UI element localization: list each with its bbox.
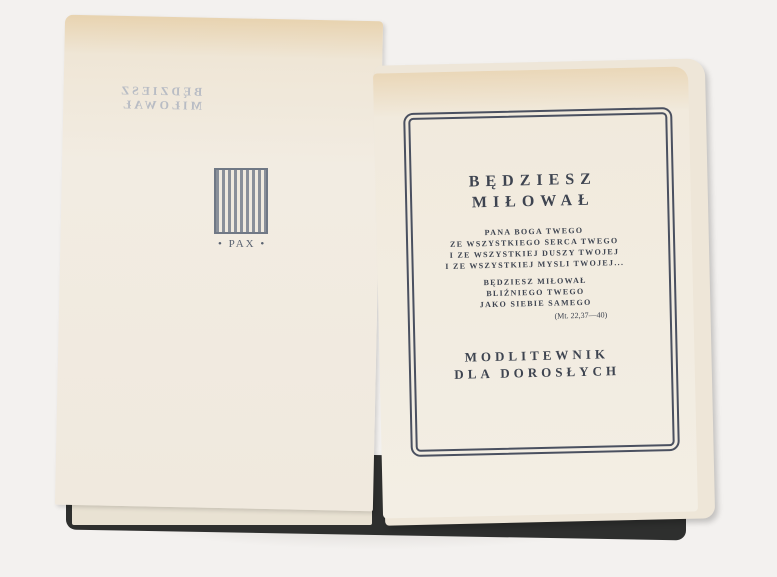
left-page xyxy=(55,15,383,512)
scripture-reference: (Mt. 22,37—40) xyxy=(426,309,646,323)
mirror-line: MIŁOWAŁ xyxy=(118,97,202,112)
publisher-name: PAX xyxy=(229,238,256,250)
publisher-mark: • PAX • xyxy=(218,238,266,250)
subtitle: MODLITEWNIK DLA DOROSŁYCH xyxy=(427,344,648,383)
title-line: MIŁOWAŁ xyxy=(423,189,643,215)
main-title: BĘDZIESZ MIŁOWAŁ xyxy=(423,168,644,215)
mirror-line: BĘDZIESZ xyxy=(118,83,202,98)
pax-logo-icon xyxy=(214,168,268,234)
verse-block: PANA BOGA TWEGO ZE WSZYSTKIEGO SERCA TWE… xyxy=(424,224,645,273)
verse-block-2: BĘDZIESZ MIŁOWAŁ BLIŹNIEGO TWEGO JAKO SI… xyxy=(425,274,646,312)
mirrored-show-through-text: BĘDZIESZ MIŁOWAŁ xyxy=(118,83,203,112)
title-page-content: BĘDZIESZ MIŁOWAŁ PANA BOGA TWEGO ZE WSZY… xyxy=(423,168,648,384)
